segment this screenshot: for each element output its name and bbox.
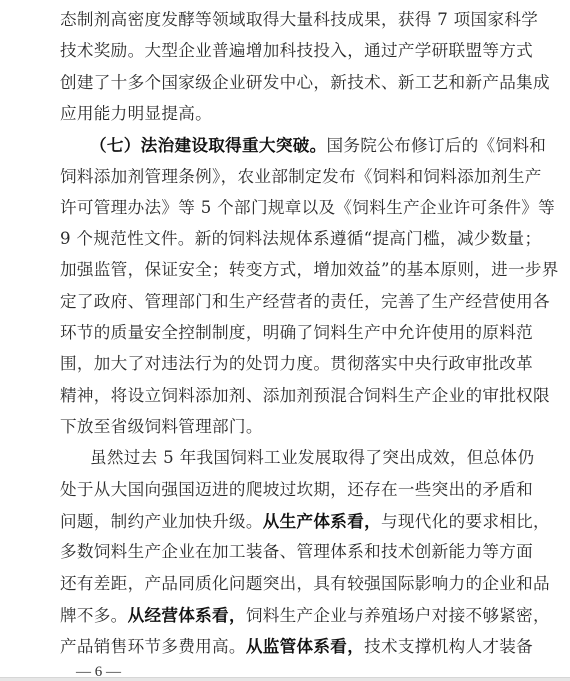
bold-emphasis: 从经营体系看， — [128, 605, 246, 625]
section-heading-line: （七）法治建设取得重大突破。国务院公布修订后的《饲料和 — [90, 135, 512, 155]
text-line: 应用能力明显提高。 — [60, 104, 512, 124]
text-line: 环节的质量安全控制制度，明确了饲料生产中允许使用的原料范 — [60, 323, 512, 343]
text-line: 加强监管，保证安全；转变方式，增加效益”的基本原则，进一步界 — [60, 260, 512, 280]
document-page: 态制剂高密度发酵等领域取得大量科技成果，获得 7 项国家科学技术奖励。大型企业普… — [0, 0, 570, 677]
bold-emphasis: 从监管体系看， — [246, 636, 364, 656]
bold-emphasis: 从生产体系看， — [263, 511, 381, 531]
page-bottom-edge — [0, 677, 570, 681]
text-line: 创建了十多个国家级企业研发中心，新技术、新工艺和新产品集成 — [60, 73, 512, 93]
text-line: 牌不多。从经营体系看，饲料生产企业与养殖场户对接不够紧密， — [60, 605, 512, 625]
text-line: 态制剂高密度发酵等领域取得大量科技成果，获得 7 项国家科学 — [60, 10, 512, 30]
text-line: 定了政府、管理部门和生产经营者的责任，完善了生产经营使用各 — [60, 292, 512, 312]
text-line: 下放至省级饲料管理部门。 — [60, 417, 512, 437]
text-line: 技术奖励。大型企业普遍增加科技投入，通过产学研联盟等方式 — [60, 41, 512, 61]
text-line: 围，加大了对违法行为的处罚力度。贯彻落实中央行政审批改革 — [60, 354, 512, 374]
text-line: 还有差距，产品同质化问题突出，具有较强国际影响力的企业和品 — [60, 574, 512, 594]
text-line: 问题，制约产业加快升级。从生产体系看，与现代化的要求相比， — [60, 511, 512, 531]
text-line: 产品销售环节多费用高。从监管体系看，技术支撑机构人才装备 — [60, 636, 512, 656]
text-line: 饲料添加剂管理条例》，农业部制定发布《饲料和饲料添加剂生产 — [60, 167, 512, 187]
text-line: 处于从大国向强国迈进的爬坡过坎期，还存在一些突出的矛盾和 — [60, 480, 512, 500]
text-line: 许可管理办法》等 5 个部门规章以及《饲料生产企业许可条件》等 — [60, 198, 512, 218]
text-line: 精神，将设立饲料添加剂、添加剂预混合饲料生产企业的审批权限 — [60, 386, 512, 406]
text-line: 多数饲料生产企业在加工装备、管理体系和技术创新能力等方面 — [60, 542, 512, 562]
text-line: 虽然过去 5 年我国饲料工业发展取得了突出成效，但总体仍 — [90, 448, 512, 468]
bold-emphasis: （七）法治建设取得重大突破。 — [90, 135, 327, 155]
text-line: 9 个规范性文件。新的饲料法规体系遵循“提高门槛，减少数量； — [60, 229, 512, 249]
